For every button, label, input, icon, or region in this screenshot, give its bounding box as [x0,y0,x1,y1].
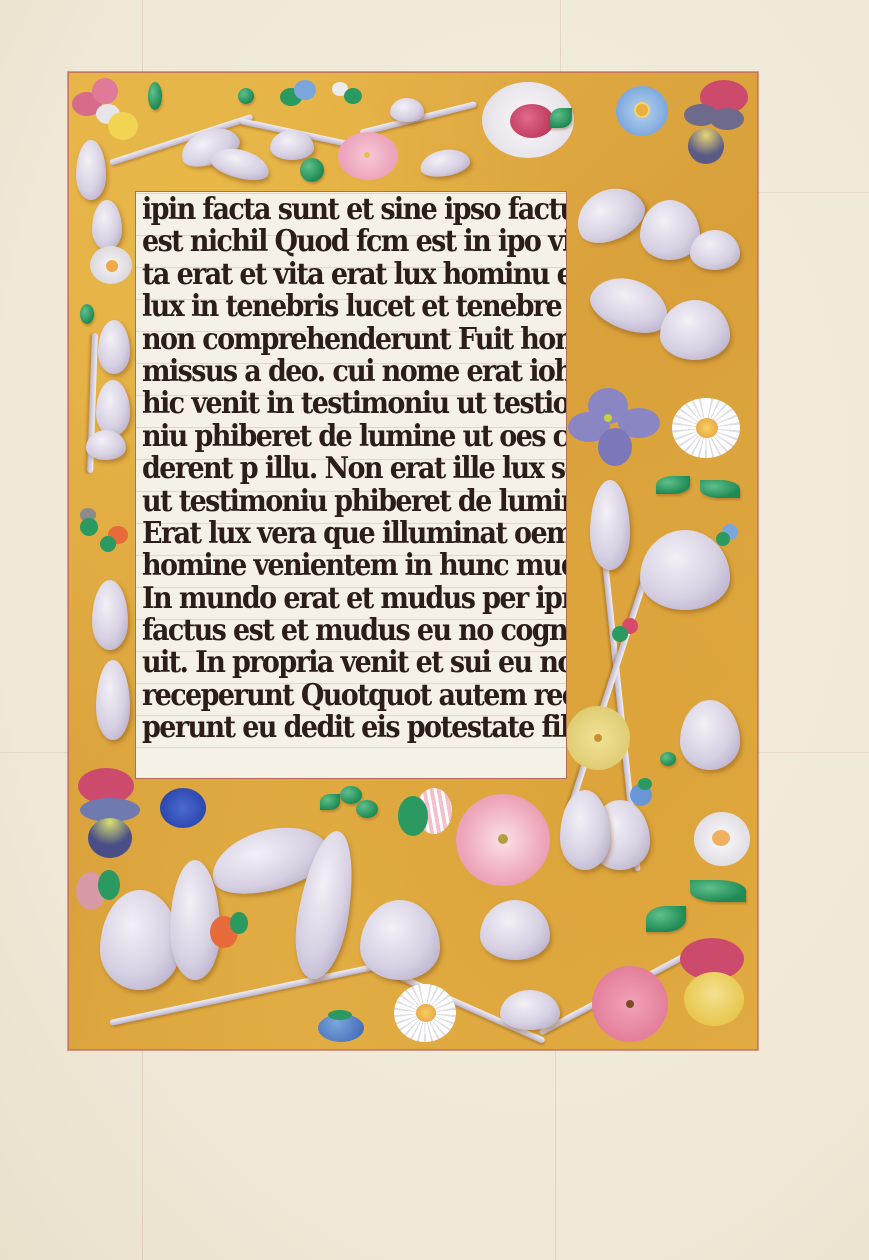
text-line: factus est et mudus eu no cogno [142,613,566,649]
margin-rule [142,1050,143,1260]
green-bud [300,158,324,182]
text-line: perunt eu dedit eis potestate filios [142,710,566,746]
green-bud [660,752,676,766]
text-line: hic venit in testimoniu ut testio [142,386,566,422]
orange-bud [210,912,250,950]
margin-rule [0,752,68,753]
white-bud [332,82,366,106]
margin-rule [560,0,561,72]
acanthus-leaf [500,990,560,1030]
pansy-flower [680,938,748,1030]
daisy-leaf [656,476,690,494]
pansy-flower [72,76,142,146]
blue-bud [318,1010,364,1044]
daisy-flower [672,398,742,460]
text-line: uit. In propria venit et sui eu non [142,646,566,682]
blue-bud [630,778,656,806]
rose-leaf [646,906,686,932]
pansy-flower [78,768,142,862]
white-rose-flower [90,246,134,286]
text-line: missus a deo. cui nome erat iohes. [142,354,566,390]
manuscript-text: ipin facta sunt et sine ipso factu est n… [142,194,566,745]
manuscript-page: ipin facta sunt et sine ipso factu est n… [0,0,869,1260]
white-rose-crimson-bud [482,82,582,162]
text-line: ipin facta sunt et sine ipso factu [142,192,566,228]
text-line: est nichil Quod fcm est in ipo vi [142,224,566,260]
pink-flower [592,966,670,1044]
text-line: homine venientem in hunc mudu. [142,548,566,584]
text-line: Erat lux vera que illuminat oem [142,516,566,552]
green-clover [320,786,380,822]
text-line: In mundo erat et mudus per ipm [142,581,566,617]
daisy-flower [394,984,458,1044]
pink-carnation-bud [398,788,454,840]
pink-bud [612,618,640,644]
margin-rule [142,0,143,72]
text-line: ta erat et vita erat lux hominu et [142,257,566,293]
acanthus-leaf [390,98,424,122]
margin-rule [758,192,869,193]
pink-bud [76,868,122,914]
green-bud [238,88,254,104]
orange-bud [100,526,130,556]
margin-rule [555,1050,556,1260]
margin-rule [758,752,869,753]
pink-carnation [330,124,402,184]
periwinkle-flower [568,388,660,468]
folio-mark [830,1240,854,1250]
blue-bud [280,80,320,108]
white-rose-flower [694,812,750,866]
text-line: non comprehenderunt Fuit homo [142,322,566,358]
text-line: receperunt Quotquot autem rece [142,678,566,714]
daisy-leaf [700,480,740,498]
green-seedpod [80,304,94,324]
text-line: lux in tenebris lucet et tenebre ea [142,289,566,325]
acanthus-leaf [270,130,314,160]
text-line: niu phiberet de lumine ut oes cre [142,419,566,455]
acanthus-leaf [690,230,740,270]
rose-leaf [690,880,746,902]
forget-me-not-flower [612,82,672,140]
blue-flower [160,788,206,828]
text-line: ut testimoniu phiberet de lumine [142,484,566,520]
green-bud [148,82,162,110]
yellow-primrose-flower [566,706,632,772]
acanthus-leaf [86,430,126,460]
blue-bud [716,524,740,546]
pink-dogrose-flower [456,794,552,890]
pansy-flower [684,80,750,166]
grey-bud [80,508,102,538]
text-line: derent p illu. Non erat ille lux sed [142,451,566,487]
